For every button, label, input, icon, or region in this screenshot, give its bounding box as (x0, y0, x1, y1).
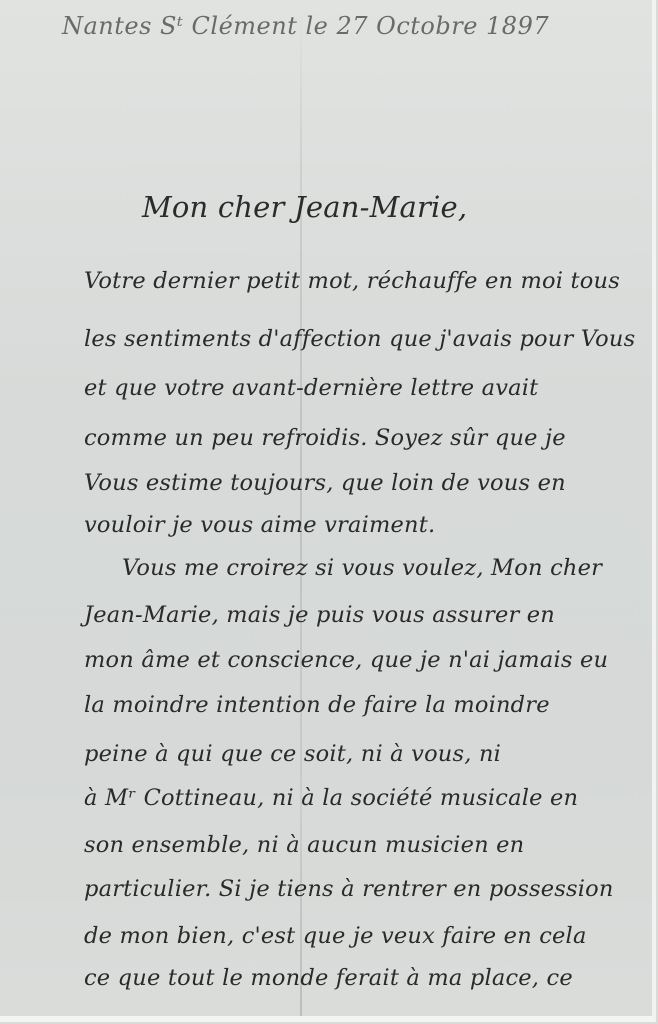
letter-page: Nantes Sᵗ Clément le 27 Octobre 1897 Mon… (0, 0, 656, 1022)
letter-line: à Mʳ Cottineau, ni à la société musicale… (84, 785, 578, 811)
letter-line: comme un peu refroidis. Soyez sûr que je (84, 425, 566, 451)
letter-salutation: Mon cher Jean-Marie, (142, 190, 467, 224)
letter-line: Jean-Marie, mais je puis vous assurer en (84, 602, 555, 628)
letter-line: de mon bien, c'est que je veux faire en … (84, 923, 587, 949)
letter-line: mon âme et conscience, que je n'ai jamai… (84, 647, 608, 673)
letter-line: et que votre avant-dernière lettre avait (84, 375, 538, 401)
letter-line: Votre dernier petit mot, réchauffe en mo… (84, 268, 620, 294)
letter-line: son ensemble, ni à aucun musicien en (84, 832, 524, 858)
letter-header-place-date: Nantes Sᵗ Clément le 27 Octobre 1897 (62, 12, 549, 40)
letter-line: ce que tout le monde ferait à ma place, … (84, 965, 573, 991)
letter-line: particulier. Si je tiens à rentrer en po… (84, 876, 614, 902)
letter-line: les sentiments d'affection que j'avais p… (84, 326, 635, 352)
letter-line: vouloir je vous aime vraiment. (84, 512, 435, 538)
paper-fold-crease (300, 0, 302, 1016)
letter-line: Vous estime toujours, que loin de vous e… (84, 470, 566, 496)
letter-line: peine à qui que ce soit, ni à vous, ni (84, 741, 501, 767)
letter-line: Vous me croirez si vous voulez, Mon cher (122, 555, 602, 581)
letter-line: la moindre intention de faire la moindre (84, 692, 550, 718)
